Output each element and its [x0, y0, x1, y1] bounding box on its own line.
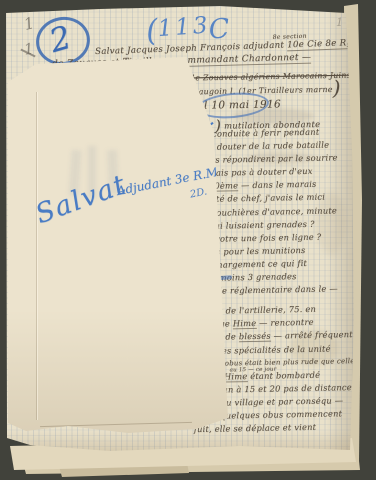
pencil-mark: 1 — [22, 13, 36, 34]
body-line-text: — arrêté fréquent — [271, 329, 353, 341]
archive-scan: 1 1 1 2 (113C Salvat Jacques Joseph Fran… — [0, 0, 376, 480]
paper-crease — [36, 92, 37, 420]
header-line-4-text: Saugoin l. (1er Tirailleurs marne — [193, 85, 333, 96]
paper-fold-line — [40, 422, 192, 427]
closing-paren: ) — [332, 76, 341, 100]
header-line-2-underlined: commandant Chardonnet — — [176, 53, 311, 68]
owner-annotation-note: 2D. — [189, 186, 208, 200]
header-superscript: 8e section — [273, 33, 307, 41]
underlined-word: blessés — [239, 331, 271, 343]
pencil-mark: 1 — [336, 16, 343, 29]
owner-annotation-name: Salvat — [32, 169, 131, 230]
header-line-4: Saugoin l. (1er Tirailleurs marne) — [193, 85, 341, 97]
underlined-word: Hime — [233, 318, 257, 329]
cote-letter: C — [208, 13, 231, 45]
body-line-text: — rencontre — [256, 317, 314, 328]
body-line-text: — dans le marais — [238, 179, 316, 191]
cote-number: 113 — [157, 13, 212, 43]
body-line: fuit, elle se déplace et vient — [194, 420, 355, 436]
header-line-3: 4e Zouaves algériens Marocains Juins, — [190, 71, 354, 83]
interline-note: au 15 — ce jour — [230, 363, 277, 377]
